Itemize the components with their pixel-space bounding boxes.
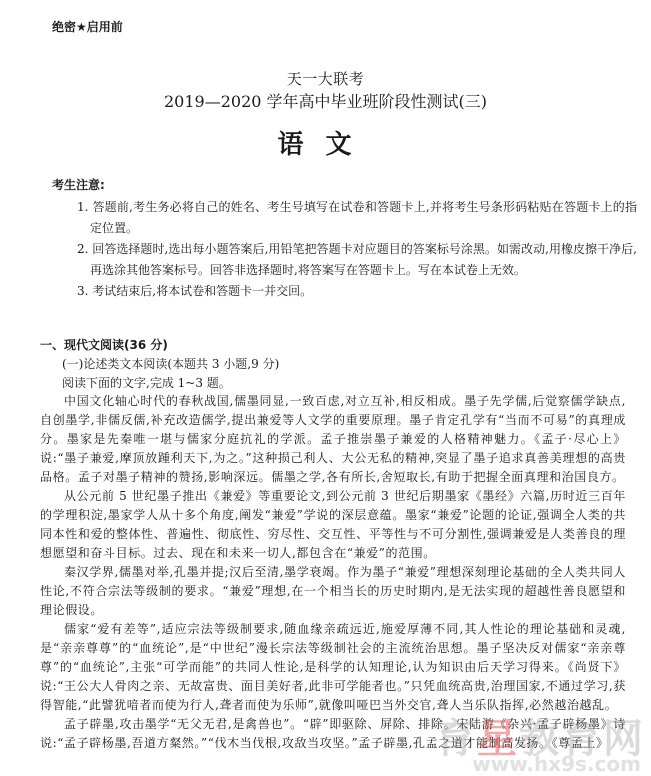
notice-item: 1. 答题前,考生务必将自己的姓名、考生号填写在试卷和答题卡上,并将考生号条形码… [77,197,637,239]
notice-list: 1. 答题前,考生务必将自己的姓名、考生号填写在试卷和答题卡上,并将考生号条形码… [77,197,637,302]
passage-paragraph: 儒家“爱有差等”,适应宗法等级制要求,随血缘亲疏远近,施爱厚薄不同,其人性论的理… [40,620,626,715]
notice-item: 2. 回答选择题时,选出每小题答案后,用铅笔把答题卡对应题目的答案标号涂黑。如需… [77,239,637,281]
subsection-heading: (一)论述类文本阅读(本题共 3 小题,9 分) [62,355,279,372]
reading-passage: 中国文化轴心时代的春秋战国,儒墨同显,一致百虑,对立互补,相反相成。墨子先学儒,… [40,392,626,753]
watermark-url: www.hx9s.com [472,752,641,776]
exam-page: 绝密★启用前 天一大联考 2019—2020 学年高中毕业班阶段性测试(三) 语… [0,0,651,776]
confidential-label: 绝密★启用前 [52,18,123,35]
section-heading: 一、现代文阅读(36 分) [40,336,168,353]
passage-paragraph: 从公元前 5 世纪墨子推出《兼爱》等重要论文,到公元前 3 世纪后期墨家《墨经》… [40,487,626,563]
organizer-title: 天一大联考 [0,68,651,89]
reading-instruction: 阅读下面的文字,完成 1~3 题。 [62,374,231,391]
passage-paragraph: 中国文化轴心时代的春秋战国,儒墨同显,一致百虑,对立互补,相反相成。墨子先学儒,… [40,392,626,487]
notice-item: 3. 考试结束后,将本试卷和答题卡一并交回。 [77,281,637,302]
watermark-prefix: 育 [435,716,477,762]
passage-paragraph: 秦汉学界,儒墨对举,孔墨并提;汉后至清,墨学衰竭。作为墨子“兼爱”理想深刻理论基… [40,563,626,620]
exam-name: 2019—2020 学年高中毕业班阶段性测试(三) [0,89,651,112]
subject-title: 语文 [0,124,651,161]
notice-heading: 考生注意: [52,176,105,193]
